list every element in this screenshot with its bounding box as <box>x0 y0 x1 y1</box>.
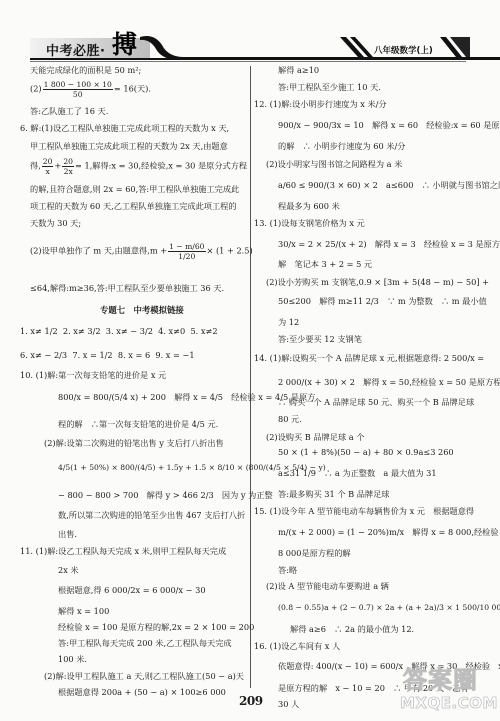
q6-equation: 得,20x+202x= 1,解得:x = 30,经检验,x = 30 是原分式方… <box>30 157 247 176</box>
text-line: 答:甲工程队每天完成 200 米,乙工程队每天完成 <box>58 638 232 649</box>
text-line: 根据题意得 200a + (50 − a) × 100≥6 000 <box>58 687 226 698</box>
question-12: 12. (1)解:设小明步行速度为 x 米/分 <box>254 99 387 110</box>
series-title: 中考必胜· <box>46 40 105 59</box>
text-line: ∴ 购买一个 A 品牌足球 50 元、购买一个 B 品牌足球 <box>278 397 474 408</box>
text-line: 经检验 x = 100 是原方程的解,2x = 2 × 100 = 200 <box>58 622 254 633</box>
text-line: (2)设购买 B 品牌足球 a 个 <box>266 432 364 443</box>
text-line: 答:最多购买 31 个 B 品牌足球 <box>278 489 389 500</box>
watermark: 答案圈 MXQE.COM <box>398 660 498 718</box>
text-line: − 800 − 800 > 700 解得 y > 466 2/3 因为 y 为正… <box>58 490 273 501</box>
text-line: a≤31 1/9 ∴ a 为正整数 a 最大值为 31 <box>278 468 437 479</box>
text-line: 800/x = 800/(5/4 x) + 200 解得 x = 4/5 经检验… <box>58 392 315 403</box>
header-rule-thin <box>30 61 466 62</box>
text-line: (2)设小明家与图书馆之间路程为 a 米 <box>266 159 402 170</box>
book-grade-label: 八年级数学(上) <box>374 44 433 56</box>
text-line: 程的解 ∴第一次每支铅笔的进价是 4/5 元. <box>58 419 218 430</box>
text-line: 甲工程队单独施工完成此项工程的天数为 2x 天,由题意 <box>30 141 228 152</box>
text-line: 100 米. <box>58 654 87 665</box>
text-line: 解得 x = 100 <box>58 606 109 617</box>
text-line: 解得 a≥6 ∴ 2a 的最小值为 12. <box>290 624 414 635</box>
text-line: 50≤200 解得 m≥11 2/3 ∵ m 为整数 ∴ m 最小值 <box>278 296 487 307</box>
text-line: 数,所以第二次购进的铅笔至少出售 467 支后打八折 <box>58 510 245 521</box>
q6-part2: (2)设甲单独作了 m 天,由题意得,m +1 − m/601/20× (1 +… <box>30 242 253 261</box>
text-line: 8 000是原方程的解 <box>278 548 351 559</box>
question-15: 15. (1)设今年 A 型节能电动车每辆售价为 x 元 根据题意得 <box>254 506 474 517</box>
text-line: 900/x − 900/3x = 10 解得 x = 60 经检验:x = 60… <box>278 120 500 131</box>
text-line: 天能完成绿化的面积是 50 m²; <box>30 65 141 76</box>
text-line: 天数为 30 天; <box>30 218 81 229</box>
text-line: 2 000/(x + 30) × 2 解得 x = 50,经检验 x = 50 … <box>278 377 500 388</box>
text-line: 出售. <box>58 529 77 540</box>
text-line: 答:甲工程队至少施工 10 天. <box>278 82 381 93</box>
column-divider <box>250 66 251 688</box>
text-line: (0.8 − 0.55)a + (2 − 0.7) × 2a + (a + 2a… <box>278 602 500 613</box>
text-line: 80 元. <box>278 414 302 425</box>
question-16: 16. (1)设乙车间有 x 人 <box>254 641 340 652</box>
text-line: 答:乙队施工了 16 天. <box>30 106 108 117</box>
text-line: 解 笔记本 3 + 2 = 5 元 <box>278 259 372 270</box>
text-line: ≤64,解得:m≥36,答:甲工程队至少要单独施工 36 天. <box>30 283 224 294</box>
text-line: 答:至少要买 12 支钢笔 <box>278 334 362 345</box>
question-10: 10. (1)解:第一次每支铅笔的进价是 x 元 <box>20 370 166 381</box>
text-line: 程最多为 600 米 <box>278 201 340 212</box>
text-line: (2)解:设第二次购进的铅笔出售 y 支后打八折出售 <box>44 438 224 449</box>
text-line: (2)设 A 型节能电动车要购进 a 辆 <box>266 581 389 592</box>
text-line: 的解,且符合题意,则 2x = 60,答:甲工程队单独施工完成此 <box>30 184 239 195</box>
question-13: 13. (1)设每支钢笔价格为 x 元 <box>254 218 365 229</box>
answers-row-2: 6. x≠ − 2/3 7. x = 1/2 8. x = 6 9. x = −… <box>20 350 195 361</box>
header-rule <box>30 58 466 60</box>
text-line: 项工程的天数为 60 天,乙工程队单独施工完成此项工程的 <box>30 201 237 212</box>
text-line: 根据题意,得 6 000/2x = 6 000/x − 30 <box>58 585 206 596</box>
page-number: 209 <box>239 694 263 708</box>
text-line: (2)解:设甲工程队施工 a 天,则乙工程队施工(50 − a)天 <box>44 671 244 682</box>
fraction: 1 800 − 100 × 1050 <box>43 80 113 99</box>
text-line: 的解 ∴ 小明步行速度为 60 米/分 <box>278 141 405 152</box>
text-line: a/60 ≤ 900/(3 × 60) × 2 a≤600 ∴ 小明就与图书馆之… <box>278 180 500 191</box>
text-line: (2)设小芳购买 m 支钢笔,0.9 × [3m + 5(48 − m) − 5… <box>266 277 489 288</box>
text-line: 30/x = 2 × 25/(x + 2) 解得 x = 3 经检验 x = 3… <box>278 239 500 250</box>
text-line: 30 人 <box>278 699 299 710</box>
watermark-url: MXQE.COM <box>400 694 498 712</box>
text-line: 50 × (1 + 8%)(50 − a) + 80 × 0.9a≤3 260 <box>278 447 454 458</box>
series-big-char: 搏 <box>112 32 137 57</box>
watermark-logo-text: 答案圈 <box>403 660 478 695</box>
question-6: 6. 解:(1)设乙工程队单独施工完成此项工程的天数为 x 天, <box>20 123 229 134</box>
text-line: 2x 米 <box>58 565 79 576</box>
q5-part2: (2)1 800 − 100 × 1050= 16(天). <box>30 80 151 99</box>
section-title: 专题七 中考模拟链接 <box>100 305 184 316</box>
text-line: 解得 a≥10 <box>278 65 319 76</box>
question-11: 11. (1)解:设乙工程队每天完成 x 米,则甲工程队每天完成 <box>20 546 226 557</box>
page-header: 中考必胜· 搏 八年级数学(上) <box>0 0 500 62</box>
text-line: 答:略 <box>278 565 297 576</box>
text-line: m/(x + 2 000) = (1 − 20%)m/x 解得 x = 8 00… <box>278 527 500 538</box>
question-14: 14. (1)解:设购买一个 A 品牌足球 x 元,根据题意得: 2 500/x… <box>254 353 484 364</box>
text-line: 为 12 <box>278 317 299 328</box>
answers-row-1: 1. x≠ 1/2 2. x≠ 3/2 3. x≠ − 3/2 4. x≠0 5… <box>20 326 218 337</box>
